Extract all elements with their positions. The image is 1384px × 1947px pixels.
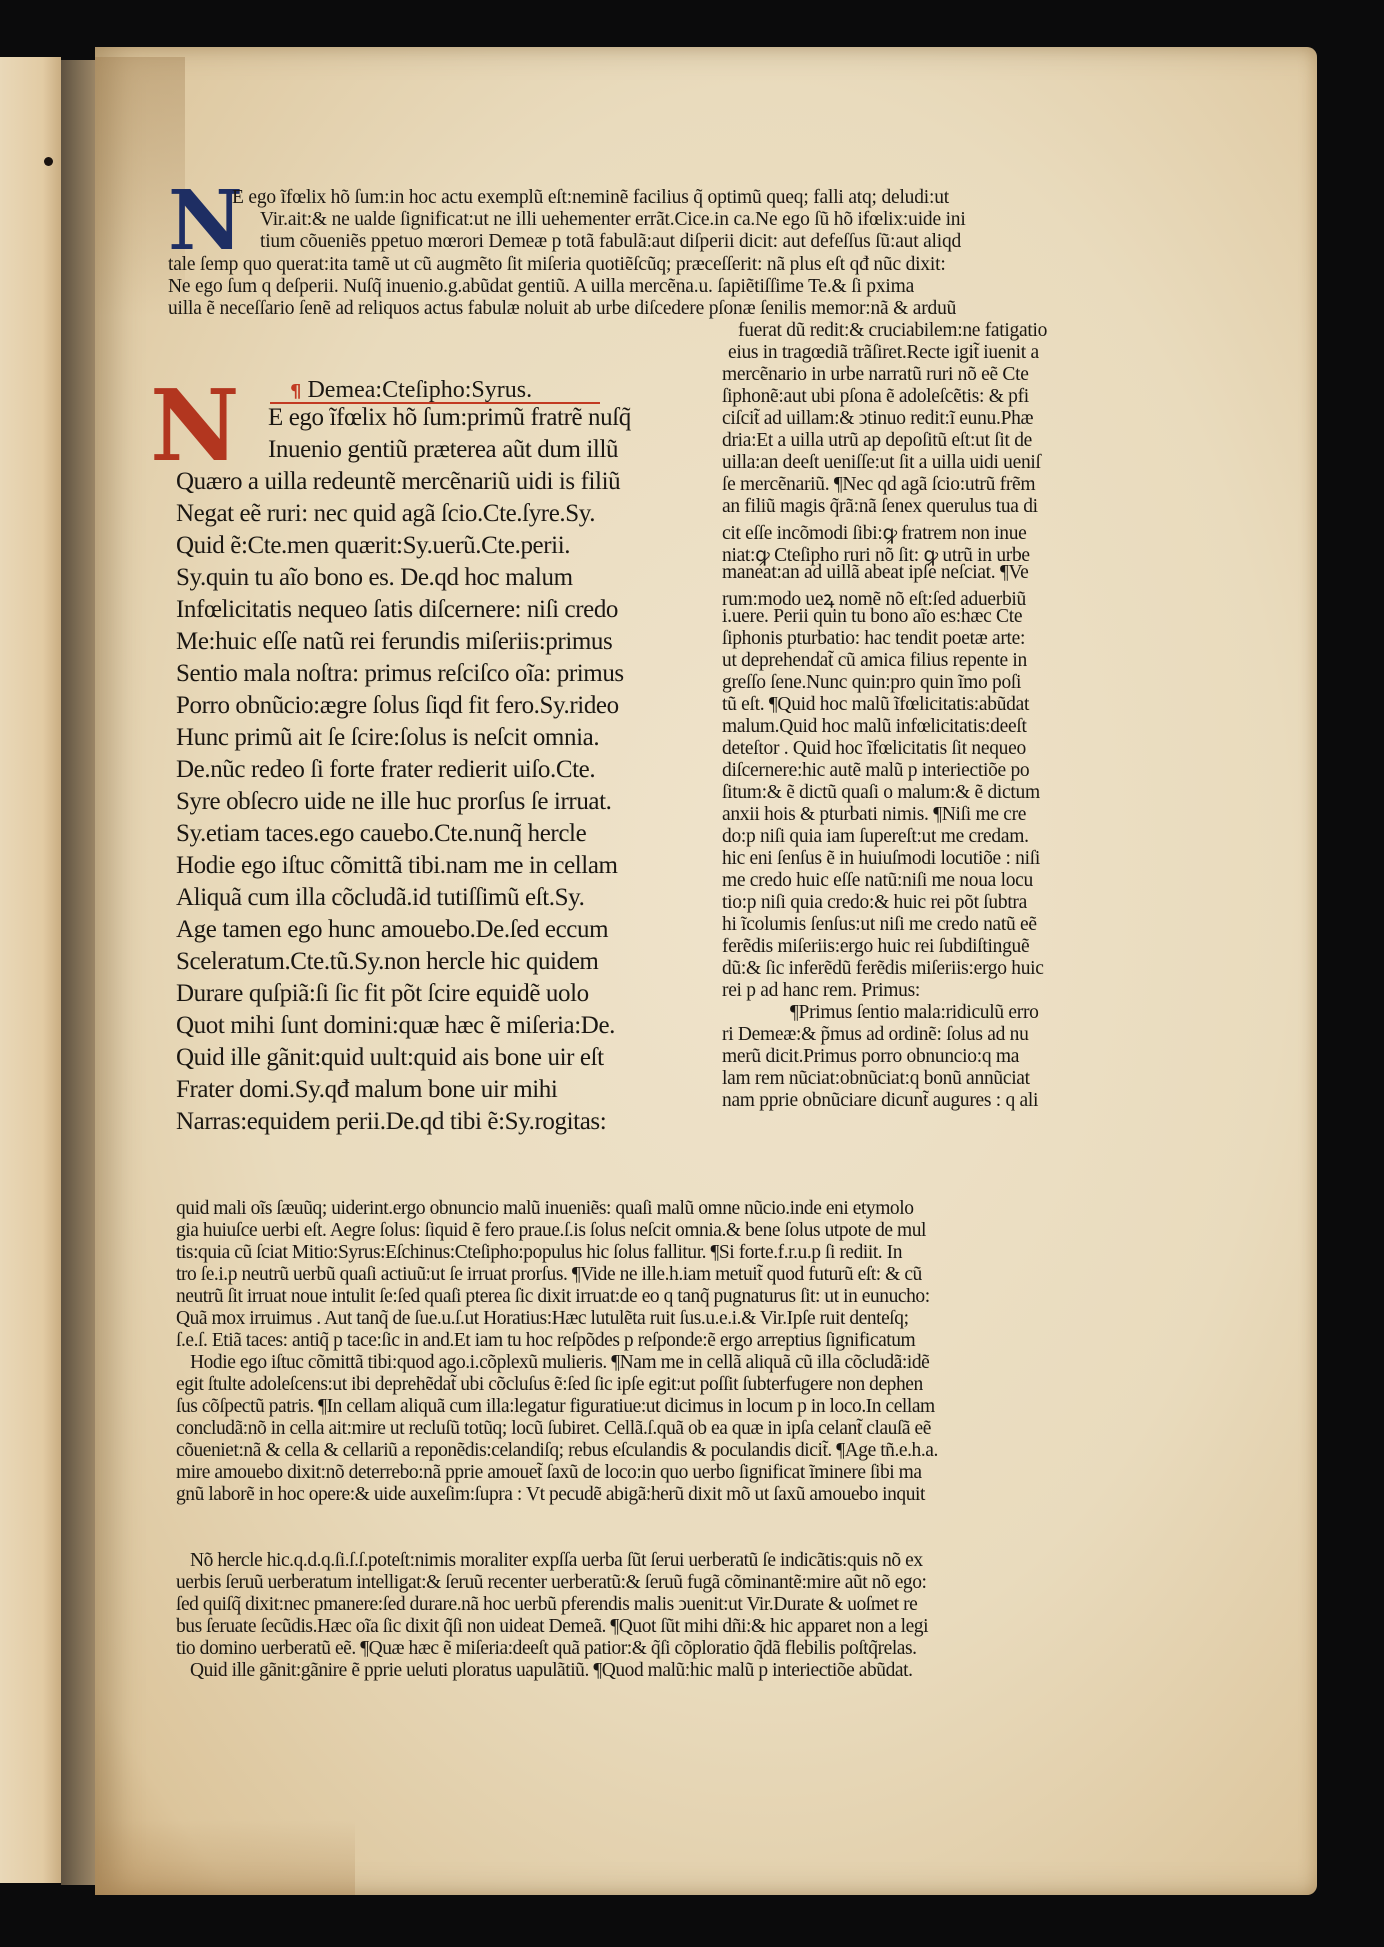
intro-line: Ne ego ſum q deſperii. Nuſq̃ inuenio.g.a… xyxy=(168,276,914,298)
commentary-line: Quid ille gãnit:gãnire ẽ pprie ueluti pl… xyxy=(190,1660,913,1682)
commentary-line: merũ dicit.Primus porro obnuncio:q ma xyxy=(722,1046,1019,1068)
verse-line: Sy.quin tu aĩo bono es. De.qd hoc malum xyxy=(176,564,573,592)
commentary-line: quid mali oĩs ſæuũq; uiderint.ergo obnun… xyxy=(176,1198,914,1220)
book-gutter xyxy=(61,60,95,1885)
verse-line: Quot mihi ſunt domini:quæ hæc ẽ miſeria:… xyxy=(176,1012,615,1040)
commentary-line: me credo huic eſſe natũ:niſi me noua loc… xyxy=(722,870,1033,892)
verse-line: Age tamen ego hunc amouebo.De.ſed eccum xyxy=(176,916,608,944)
verse-line: Syre obſecro uide ne ille huc prorſus ſe… xyxy=(176,788,612,816)
commentary-line: greſſo ſene.Nunc quin:pro quin ĩmo poſi xyxy=(722,672,1021,694)
verse-line: Sentio mala noſtra: primus reſciſco oĩa:… xyxy=(176,660,624,688)
water-stain-bottom xyxy=(95,1820,355,1895)
commentary-line: tio:p niſi quia credo:& huic rei põt ſub… xyxy=(722,892,1027,914)
intro-line: E ego ĩfœlix hõ ſum:in hoc actu exemplũ … xyxy=(232,187,1112,209)
intro-line: uilla ẽ neceſſario ſenẽ ad reliquos actu… xyxy=(168,298,956,320)
commentary-line: ſitum:& ẽ dictũ quaſi o malum:& ẽ dictum xyxy=(722,782,1040,804)
commentary-line: malum.Quid hoc malũ infœlicitatis:deeſt xyxy=(722,716,1027,738)
commentary-line: Nõ hercle hic.q.d.q.ſi.ſ.ſ.poteſt:nimis … xyxy=(190,1550,923,1572)
commentary-line: ſiphonẽ:aut ubi pſona ẽ adoleſcẽtis: & p… xyxy=(722,386,1029,408)
commentary-line: uilla:an deeſt ueniſſe:ut ſit a uilla ui… xyxy=(722,452,1041,474)
verse-line: Infœlicitatis nequeo ſatis diſcernere: n… xyxy=(176,596,618,624)
verse-line: Hunc primũ ait ſe ſcire:ſolus is neſcit … xyxy=(176,724,599,752)
commentary-line: lam rem nũciat:obnũciat:q bonũ annũciat xyxy=(722,1068,1030,1090)
commentary-line: mire amouebo dixit:nõ deterrebo:nã pprie… xyxy=(176,1462,922,1484)
commentary-line: neutrũ ſit irruat noue intulit ſe:ſed qu… xyxy=(176,1286,930,1308)
commentary-line: mercẽnario in urbe narratũ ruri nõ eẽ Ct… xyxy=(722,364,1029,386)
intro-line: tium cõueniẽs ppetuo mœrori Demeæ p totã… xyxy=(260,231,961,253)
commentary-line: tio domino uerberatũ eẽ. ¶Quæ hæc ẽ miſe… xyxy=(176,1638,917,1660)
verse-line: Hodie ego iſtuc cõmittã tibi.nam me in c… xyxy=(176,852,618,880)
commentary-line: tro ſe.i.p neutrũ uerbũ quaſi actiuũ:ut … xyxy=(176,1264,922,1286)
commentary-line: gia huiuſce uerbi eſt. Aegre ſolus: ſiqu… xyxy=(176,1220,926,1242)
commentary-line: ut deprehendat̃ cũ amica filius repente … xyxy=(722,650,1027,672)
commentary-line: ſiphonis pturbatio: hac tendit poetæ art… xyxy=(722,628,1025,650)
verse-line: De.nũc redeo ſi forte frater redierit ui… xyxy=(176,756,595,784)
commentary-line: ¶Primus ſentio mala:ridiculũ erro xyxy=(790,1002,1039,1024)
commentary-line: ſe mercẽnariũ. ¶Nec qd agã ſcio:utrũ frẽ… xyxy=(722,474,1035,496)
commentary-line: hi ĩcolumis ſenſus:ut niſi me credo natũ… xyxy=(722,914,1037,936)
commentary-line: tũ eſt. ¶Quid hoc malũ ĩfœlicitatis:abũd… xyxy=(722,694,1029,716)
commentary-line: ferẽdis miſeriis:ergo huic rei ſubdiſtin… xyxy=(722,936,1029,958)
verse-line: Inuenio gentiũ præterea aũt dum illũ xyxy=(268,436,618,464)
verse-line: Aliquã cum illa cõcludã.id tutiſſimũ eſt… xyxy=(176,884,585,912)
speakers-heading: ¶ Demea:Cteſipho:Syrus. xyxy=(290,377,532,404)
commentary-line: Hodie ego iſtuc cõmittã tibi:quod ago.i.… xyxy=(190,1352,929,1374)
verse-line: Narras:equidem perii.De.qd tibi ẽ:Sy.rog… xyxy=(176,1108,606,1136)
initial-n-red: N xyxy=(150,378,240,476)
commentary-line: fuerat dũ redit:& cruciabilem:ne fatigat… xyxy=(738,320,1047,342)
commentary-line: anxii hois & pturbati nimis. ¶Niſi me cr… xyxy=(722,804,1026,826)
verse-line: E ego ĩfœlix hõ ſum:primũ fratrẽ nuſq̃ xyxy=(268,404,631,432)
verse-line: Porro obnũcio:ægre ſolus ſiqd fit fero.S… xyxy=(176,692,619,720)
commentary-line: rei p ad hanc rem. Primus: xyxy=(722,980,920,1002)
commentary-line: diſcernere:hic autẽ malũ p interiectiõe … xyxy=(722,760,1029,782)
paragraph-mark-icon: ¶ xyxy=(290,381,301,402)
commentary-line: ſed quiſq̃ dixit:nec pmanere:ſed durare.… xyxy=(176,1594,917,1616)
commentary-line: i.uere. Perii quin tu bono aĩo es:hæc Ct… xyxy=(722,606,1022,628)
verse-line: Sceleratum.Cte.tũ.Sy.non hercle hic quid… xyxy=(176,948,598,976)
commentary-line: ri Demeæ:& p̃mus ad ordinẽ: ſolus ad nu xyxy=(722,1024,1029,1046)
verse-line: Frater domi.Sy.qđ malum bone uir mihi xyxy=(176,1076,557,1104)
commentary-line: eius in tragœdiã trãſiret.Recte igit̃ iu… xyxy=(728,342,1039,364)
commentary-line: ſus cõſpectũ patris. ¶In cellam aliquã c… xyxy=(176,1396,935,1418)
commentary-line: concludã:nõ in cella ait:mire ut recluſũ… xyxy=(176,1418,931,1440)
verse-line: Quæro a uilla redeuntẽ mercẽnariũ uidi i… xyxy=(176,468,620,496)
verse-line: Quid ille gãnit:quid uult:quid ais bone … xyxy=(176,1044,604,1072)
commentary-line: nam pprie obnũciare dicunt̃ augures : q … xyxy=(722,1090,1038,1112)
commentary-line: an filiũ magis q̃rã:nã ſenex querulus tu… xyxy=(722,496,1038,518)
commentary-line: bus ſeruate ſecũdis.Hæc oĩa ſic dixit q̃… xyxy=(176,1616,928,1638)
verse-line: Sy.etiam taces.ego cauebo.Cte.nunq̃ herc… xyxy=(176,820,586,848)
verse-line: Quid ẽ:Cte.men quærit:Sy.uerũ.Cte.perii. xyxy=(176,532,570,560)
left-page-edge xyxy=(0,57,61,1883)
verse-line: Durare quſpiã:ſi ſic fit põt ſcire equid… xyxy=(176,980,589,1008)
verse-line: Me:huic eſſe natũ rei ferundis miſeriis:… xyxy=(176,628,612,656)
commentary-line: ſ.e.ſ. Etiã taces: antiq̃ p tace:ſic in … xyxy=(176,1330,915,1352)
commentary-line: cõueniet:nã & cella & cellariũ a reponẽd… xyxy=(176,1440,938,1462)
commentary-line: dria:Et a uilla utrũ ap depoſitũ eſt:ut … xyxy=(722,430,1032,452)
commentary-line: tis:quia cũ ſciat Mitio:Syrus:Eſchinus:C… xyxy=(176,1242,902,1264)
commentary-line: hic eni ſenſus ẽ in huiuſmodi locutiõe :… xyxy=(722,848,1040,870)
intro-line: Vir.ait:& ne ualde ſignificat:ut ne illi… xyxy=(260,209,966,231)
intro-line: tale ſemp quo querat:ita tamẽ ut cũ augm… xyxy=(168,254,946,276)
commentary-line: maneat:an ad uillã abeat ipſe neſciat. ¶… xyxy=(722,562,1028,584)
verse-line: Negat eẽ ruri: nec quid agã ſcio.Cte.ſyr… xyxy=(176,500,595,528)
commentary-line: uerbis ſeruũ uerberatum intelligat:& ſer… xyxy=(176,1572,927,1594)
commentary-line: do:p niſi quia iam ſupereſt:ut me credam… xyxy=(722,826,1029,848)
commentary-line: gnũ laborẽ in hoc opere:& uide auxeſim:ſ… xyxy=(176,1484,925,1506)
commentary-line: Quã mox irruimus . Aut tanq̃ de ſue.u.ſ.… xyxy=(176,1308,909,1330)
commentary-line: deteſtor . Quid hoc ĩfœlicitatis ſit neq… xyxy=(722,738,1026,760)
commentary-line: dũ:& ſic inferẽdũ ferẽdis miſeriis:ergo … xyxy=(722,958,1044,980)
commentary-line: ciſcit̃ ad uillam:& ↄtinuo redit:ĩ eunu.… xyxy=(722,408,1033,430)
commentary-line: egit ſtulte adoleſcens:ut ibi deprehẽdat… xyxy=(176,1374,923,1396)
wormhole-mark xyxy=(44,157,53,166)
